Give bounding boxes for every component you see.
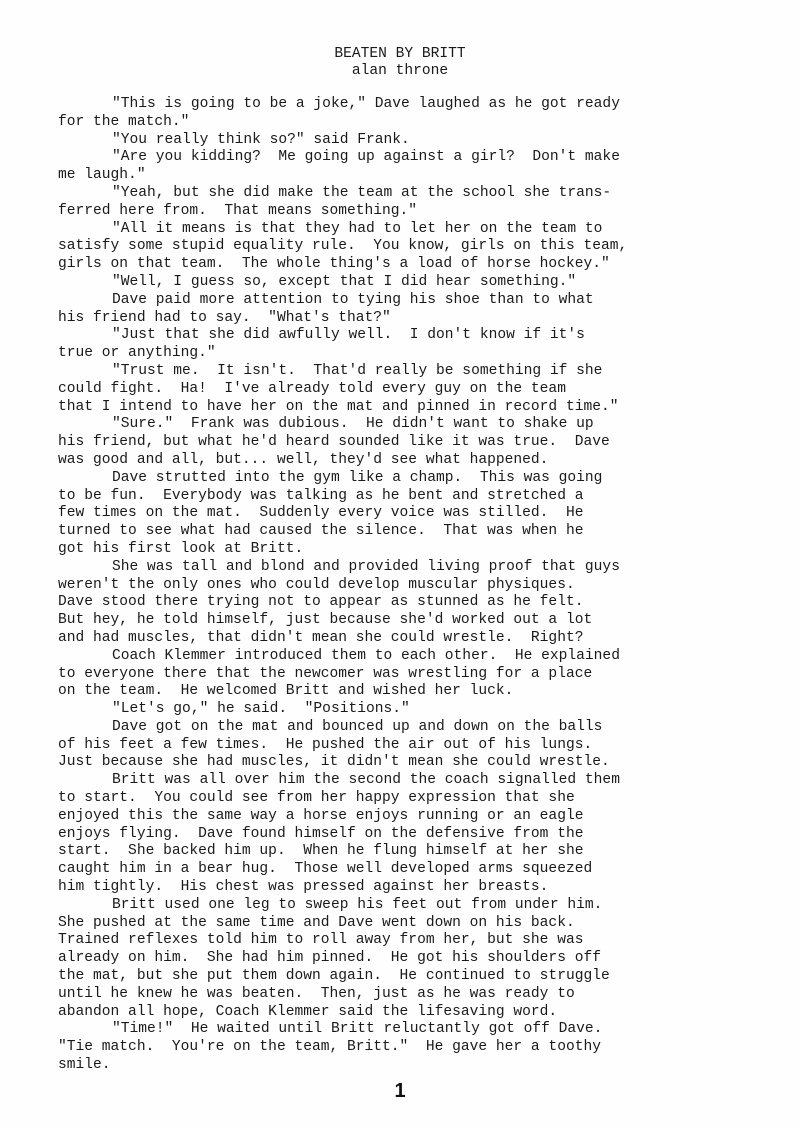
- title-block: BEATEN BY BRITT alan throne: [0, 46, 800, 80]
- text-line: that I intend to have her on the mat and…: [58, 399, 758, 417]
- text-line: to be fun. Everybody was talking as he b…: [58, 488, 758, 506]
- paragraph-start-line: Britt used one leg to sweep his feet out…: [58, 897, 758, 915]
- paragraph-start-line: Dave strutted into the gym like a champ.…: [58, 470, 758, 488]
- paragraph-start-line: Dave got on the mat and bounced up and d…: [58, 719, 758, 737]
- text-line: was good and all, but... well, they'd se…: [58, 452, 758, 470]
- text-line: Dave stood there trying not to appear as…: [58, 594, 758, 612]
- text-line: abandon all hope, Coach Klemmer said the…: [58, 1004, 758, 1022]
- paragraph-start-line: "Sure." Frank was dubious. He didn't wan…: [58, 416, 758, 434]
- text-line: caught him in a bear hug. Those well dev…: [58, 861, 758, 879]
- paragraph-start-line: "Time!" He waited until Britt reluctantl…: [58, 1021, 758, 1039]
- text-line: ferred here from. That means something.": [58, 203, 758, 221]
- text-line: and had muscles, that didn't mean she co…: [58, 630, 758, 648]
- paragraph-start-line: "Let's go," he said. "Positions.": [58, 701, 758, 719]
- text-line: got his first look at Britt.: [58, 541, 758, 559]
- paragraph-start-line: "Well, I guess so, except that I did hea…: [58, 274, 758, 292]
- paragraph-start-line: "Just that she did awfully well. I don't…: [58, 327, 758, 345]
- text-line: his friend had to say. "What's that?": [58, 310, 758, 328]
- paragraph-start-line: "Yeah, but she did make the team at the …: [58, 185, 758, 203]
- text-line: to everyone there that the newcomer was …: [58, 666, 758, 684]
- text-line: his friend, but what he'd heard sounded …: [58, 434, 758, 452]
- text-line: turned to see what had caused the silenc…: [58, 523, 758, 541]
- text-line: smile.: [58, 1057, 758, 1075]
- text-line: enjoyed this the same way a horse enjoys…: [58, 808, 758, 826]
- text-line: She pushed at the same time and Dave wen…: [58, 915, 758, 933]
- text-line: "Tie match. You're on the team, Britt." …: [58, 1039, 758, 1057]
- document-page: BEATEN BY BRITT alan throne "This is goi…: [0, 0, 800, 1128]
- document-author: alan throne: [0, 63, 800, 80]
- paragraph-start-line: "You really think so?" said Frank.: [58, 132, 758, 150]
- text-line: weren't the only ones who could develop …: [58, 577, 758, 595]
- story-body: "This is going to be a joke," Dave laugh…: [58, 96, 758, 1075]
- text-line: until he knew he was beaten. Then, just …: [58, 986, 758, 1004]
- paragraph-start-line: Dave paid more attention to tying his sh…: [58, 292, 758, 310]
- paragraph-start-line: Britt was all over him the second the co…: [58, 772, 758, 790]
- document-title: BEATEN BY BRITT: [0, 46, 800, 63]
- paragraph-start-line: "Trust me. It isn't. That'd really be so…: [58, 363, 758, 381]
- text-line: enjoys flying. Dave found himself on the…: [58, 826, 758, 844]
- text-line: girls on that team. The whole thing's a …: [58, 256, 758, 274]
- text-line: satisfy some stupid equality rule. You k…: [58, 238, 758, 256]
- text-line: for the match.": [58, 114, 758, 132]
- text-line: But hey, he told himself, just because s…: [58, 612, 758, 630]
- text-line: start. She backed him up. When he flung …: [58, 843, 758, 861]
- text-line: to start. You could see from her happy e…: [58, 790, 758, 808]
- text-line: Trained reflexes told him to roll away f…: [58, 932, 758, 950]
- text-line: could fight. Ha! I've already told every…: [58, 381, 758, 399]
- text-line: him tightly. His chest was pressed again…: [58, 879, 758, 897]
- text-line: on the team. He welcomed Britt and wishe…: [58, 683, 758, 701]
- text-line: of his feet a few times. He pushed the a…: [58, 737, 758, 755]
- text-line: me laugh.": [58, 167, 758, 185]
- page-number: 1: [0, 1080, 800, 1103]
- text-line: few times on the mat. Suddenly every voi…: [58, 505, 758, 523]
- paragraph-start-line: "All it means is that they had to let he…: [58, 221, 758, 239]
- text-line: Just because she had muscles, it didn't …: [58, 754, 758, 772]
- paragraph-start-line: "This is going to be a joke," Dave laugh…: [58, 96, 758, 114]
- paragraph-start-line: She was tall and blond and provided livi…: [58, 559, 758, 577]
- paragraph-start-line: Coach Klemmer introduced them to each ot…: [58, 648, 758, 666]
- text-line: already on him. She had him pinned. He g…: [58, 950, 758, 968]
- text-line: the mat, but she put them down again. He…: [58, 968, 758, 986]
- paragraph-start-line: "Are you kidding? Me going up against a …: [58, 149, 758, 167]
- text-line: true or anything.": [58, 345, 758, 363]
